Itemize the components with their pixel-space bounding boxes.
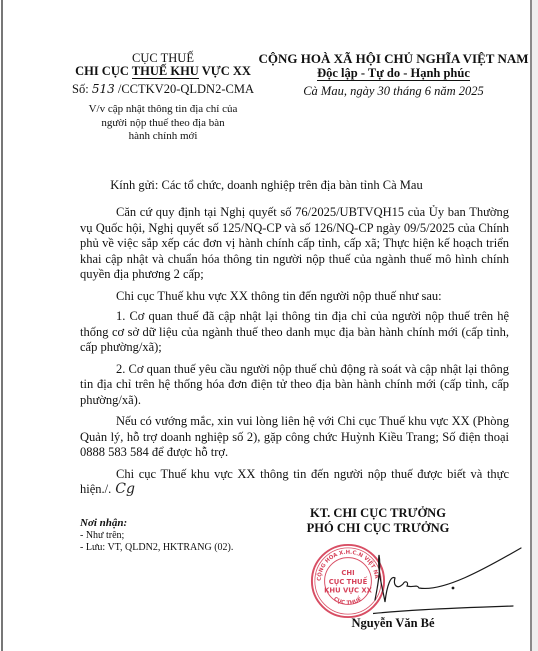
body-paragraph: Nếu có vướng mắc, xin vui lòng liên hệ v…	[80, 414, 509, 461]
doc-no-label: Số:	[72, 82, 92, 96]
stamp-ring-bottom: CỤC THUẾ	[332, 595, 363, 607]
issuing-agency: CHI CỤC THUẾ KHU VỰC XX	[63, 64, 263, 79]
subject-line: hành chính mới	[63, 130, 263, 144]
svg-text:CỤC THUẾ: CỤC THUẾ	[332, 595, 363, 607]
addressee: Kính gửi: Các tổ chức, doanh nghiệp trên…	[3, 178, 530, 193]
stamp-line: KHU VỰC XX	[324, 587, 372, 595]
doc-no-code: /CCTKV20-QLDN2-CMA	[115, 82, 254, 96]
document-subject: V/v cập nhật thông tin địa chỉ của người…	[63, 103, 263, 144]
initials-mark-icon: Cg	[115, 481, 135, 497]
body-paragraph: 2. Cơ quan thuế yêu cầu người nộp thuế c…	[80, 362, 509, 409]
subject-line: người nộp thuế theo địa bàn	[63, 117, 263, 131]
national-motto: Độc lập - Tự do - Hạnh phúc	[246, 66, 538, 81]
body-paragraph: Căn cứ quy định tại Nghị quyết số 76/202…	[80, 205, 509, 283]
date-day-handwritten: 30	[378, 84, 391, 98]
body-paragraph: Chi cục Thuế khu vực XX thông tin đến ng…	[80, 289, 509, 305]
signature-authority: KT. CHI CỤC TRƯỞNG	[293, 506, 463, 521]
agency-suffix: VỰC XX	[199, 64, 251, 78]
handwritten-signature-icon	[373, 540, 523, 620]
document-page: CỤC THUẾ CHI CỤC THUẾ KHU VỰC XX Số: 513…	[3, 0, 530, 651]
recipient-item: - Lưu: VT, QLDN2, HKTRANG (02).	[80, 542, 233, 553]
recipient-item: - Như trên;	[80, 530, 124, 541]
doc-no-handwritten: 513	[92, 82, 115, 96]
document-body: Căn cứ quy định tại Nghị quyết số 76/202…	[80, 205, 509, 504]
document-number: Số: 513 /CCTKV20-QLDN2-CMA	[63, 82, 263, 97]
national-title: CỘNG HOÀ XÃ HỘI CHỦ NGHĨA VIỆT NAM	[246, 51, 538, 67]
document-date: Cà Mau, ngày 30 tháng 6 năm 2025	[246, 84, 538, 99]
viewer-gutter	[530, 0, 538, 651]
subject-line: V/v cập nhật thông tin địa chỉ của	[63, 103, 263, 117]
agency-prefix: CHI CỤC	[75, 64, 132, 78]
signature-role: PHÓ CHI CỤC TRƯỞNG	[293, 521, 463, 536]
stamp-line: CỤC THUẾ	[329, 576, 368, 586]
recipients-title: Nơi nhận:	[80, 517, 127, 529]
agency-underlined: THUẾ KHU	[132, 64, 199, 79]
signer-name: Nguyễn Văn Bé	[323, 616, 463, 631]
body-paragraph-closing: Chi cục Thuế khu vực XX thông tin đến ng…	[80, 467, 509, 498]
body-paragraph: 1. Cơ quan thuế đã cập nhật lại thông ti…	[80, 309, 509, 356]
stamp-line: CHI	[341, 569, 354, 577]
